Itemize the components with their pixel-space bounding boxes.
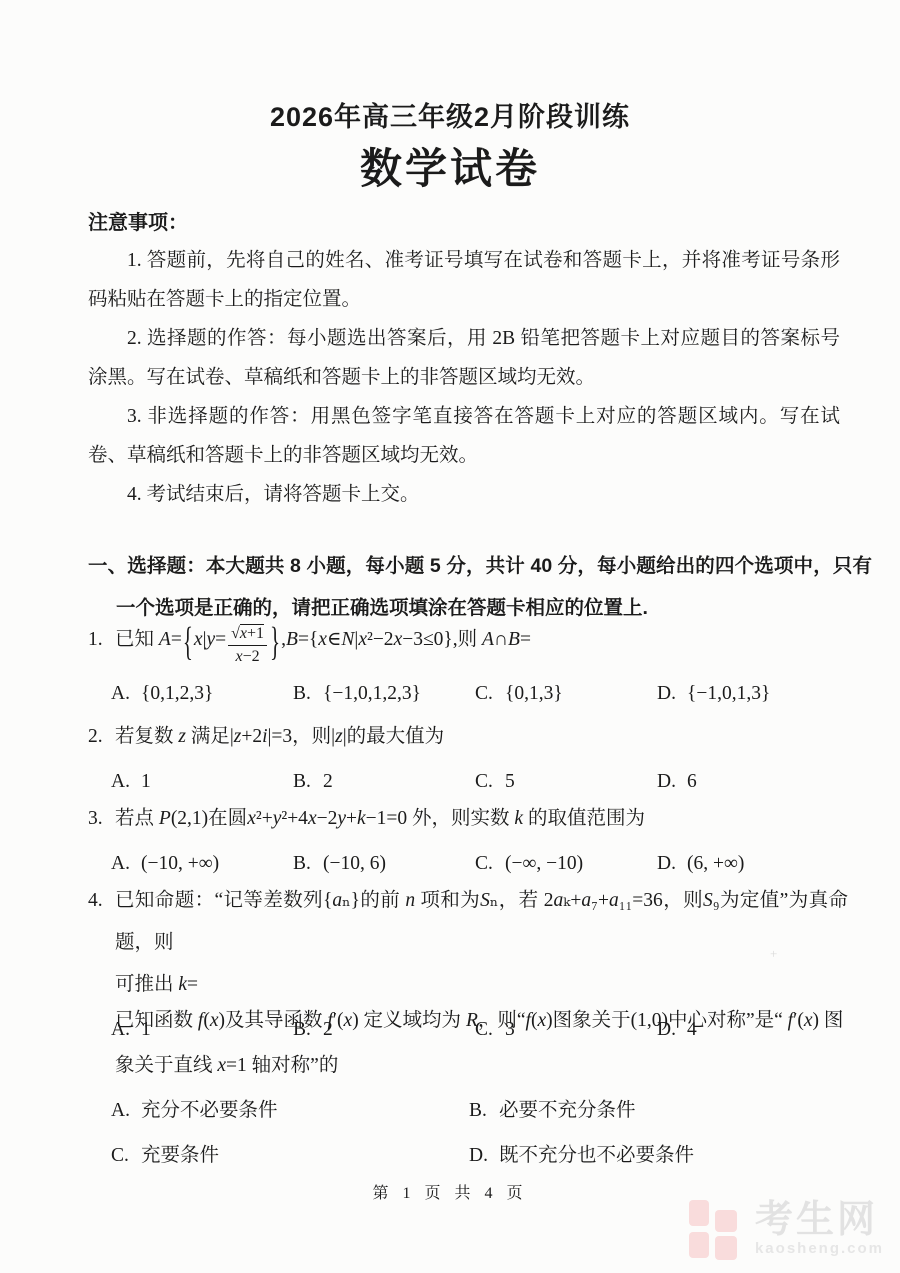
option-c: C.(−∞, −10) xyxy=(475,844,657,884)
option-d-text: 既不充分也不必要条件 xyxy=(499,1145,694,1166)
option-d: D.既不充分也不必要条件 xyxy=(469,1133,827,1178)
option-b-label: B. xyxy=(469,1088,499,1133)
question-1-stem: 1.已知 A={x|y=√x+1x−2},B={x∈N|x²−2x−3≤0},则… xyxy=(88,611,848,670)
question-2-number: 2. xyxy=(88,716,103,758)
question-5-stem: 已知函数 f(x)及其导函数 f′(x) 定义域均为 R，则“f(x)图象关于(… xyxy=(88,998,848,1088)
option-d-text: {−1,0,1,3} xyxy=(687,683,770,704)
option-a-text: 充分不必要条件 xyxy=(141,1100,278,1121)
question-1-pre: 已知 A= xyxy=(115,629,182,650)
option-c: C.5 xyxy=(475,762,657,802)
question-4-number: 4. xyxy=(88,880,103,922)
question-3-options: A.(−10, +∞) B.(−10, 6) C.(−∞, −10) D.(6,… xyxy=(88,844,848,884)
option-a-text: {0,1,2,3} xyxy=(141,683,213,704)
option-a-text: 1 xyxy=(141,771,151,792)
watermark-text: 考生网 kaosheng.com xyxy=(755,1200,884,1258)
question-5-options-row1: A.充分不必要条件 B.必要不充分条件 xyxy=(88,1088,848,1133)
site-watermark: 考生网 kaosheng.com xyxy=(689,1198,884,1260)
option-c-text: (−∞, −10) xyxy=(505,853,583,874)
option-c: C.{0,1,3} xyxy=(475,674,657,714)
option-a: A.充分不必要条件 xyxy=(111,1088,469,1133)
question-5-line2: 象关于直线 x=1 轴对称”的 xyxy=(115,1055,338,1076)
option-a: A.(−10, +∞) xyxy=(111,844,293,884)
scan-artifact: + xyxy=(770,946,777,962)
watermark-site-name: 考生网 xyxy=(755,1200,884,1240)
notice-item-1: 1. 答题前，先将自己的姓名、准考证号填写在试卷和答题卡上，并将准考证号条形码粘… xyxy=(88,241,840,319)
option-b-label: B. xyxy=(293,674,323,714)
question-4-line2: 可推出 k= xyxy=(115,974,198,995)
right-brace: } xyxy=(269,586,281,696)
question-1: 1.已知 A={x|y=√x+1x−2},B={x∈N|x²−2x−3≤0},则… xyxy=(88,611,848,714)
option-d-label: D. xyxy=(657,844,687,884)
question-3-text: 若点 P(2,1)在圆x²+y²+4x−2y+k−1=0 外，则实数 k 的取值… xyxy=(115,808,645,829)
option-b-text: 必要不充分条件 xyxy=(499,1100,636,1121)
exam-subject-title: 数学试卷 xyxy=(0,136,900,196)
option-d-label: D. xyxy=(657,762,687,802)
option-b-text: (−10, 6) xyxy=(323,853,386,874)
question-3-number: 3. xyxy=(88,798,103,840)
fraction-denominator: x−2 xyxy=(228,646,267,667)
option-c-label: C. xyxy=(111,1133,141,1178)
option-b: B.(−10, 6) xyxy=(293,844,475,884)
left-brace: { xyxy=(182,586,194,696)
question-2-text: 若复数 z 满足|z+2i|=3，则|z|的最大值为 xyxy=(115,726,444,747)
notice-heading: 注意事项： xyxy=(88,206,188,235)
option-c-text: 5 xyxy=(505,771,515,792)
question-4-line1: 已知命题：“记等差数列{aₙ}的前 n 项和为Sₙ，若 2aₖ+a₇+a₁₁=3… xyxy=(115,890,848,953)
sqrt-sign: √ xyxy=(231,625,240,642)
option-d-label: D. xyxy=(657,674,687,714)
option-d: D.{−1,0,1,3} xyxy=(657,674,839,714)
question-3-stem: 3.若点 P(2,1)在圆x²+y²+4x−2y+k−1=0 外，则实数 k 的… xyxy=(88,798,848,840)
exam-paper-page: 2026年高三年级2月阶段训练 数学试卷 注意事项： 1. 答题前，先将自己的姓… xyxy=(0,0,900,1273)
option-b: B.2 xyxy=(293,762,475,802)
kaosheng-logo-icon xyxy=(689,1198,743,1260)
fraction: √x+1x−2 xyxy=(228,624,267,667)
question-1-options: A.{0,1,2,3} B.{−1,0,1,2,3} C.{0,1,3} D.{… xyxy=(88,674,848,714)
option-c-label: C. xyxy=(475,674,505,714)
option-b-label: B. xyxy=(293,762,323,802)
notice-item-2: 2. 选择题的作答：每小题选出答案后，用 2B 铅笔把答题卡上对应题目的答案标号… xyxy=(88,319,840,397)
option-d-text: 6 xyxy=(687,771,697,792)
option-a-label: A. xyxy=(111,844,141,884)
option-d: D.(6, +∞) xyxy=(657,844,839,884)
question-2-options: A.1 B.2 C.5 D.6 xyxy=(88,762,848,802)
notice-item-4: 4. 考试结束后，请将答题卡上交。 xyxy=(88,475,840,514)
option-a-label: A. xyxy=(111,762,141,802)
question-5-options-row2: C.充要条件 D.既不充分也不必要条件 xyxy=(88,1133,848,1178)
option-b-label: B. xyxy=(293,844,323,884)
question-5-line1: 已知函数 f(x)及其导函数 f′(x) 定义域均为 R，则“f(x)图象关于(… xyxy=(115,1010,843,1031)
question-2: 2.若复数 z 满足|z+2i|=3，则|z|的最大值为 A.1 B.2 C.5… xyxy=(88,716,848,802)
watermark-site-url: kaosheng.com xyxy=(755,1240,884,1258)
option-b: B.{−1,0,1,2,3} xyxy=(293,674,475,714)
option-c: C.充要条件 xyxy=(111,1133,469,1178)
notice-item-3: 3. 非选择题的作答：用黑色签字笔直接答在答题卡上对应的答题区域内。写在试卷、草… xyxy=(88,397,840,475)
option-d-label: D. xyxy=(469,1133,499,1178)
exam-title: 2026年高三年级2月阶段训练 xyxy=(0,95,900,134)
option-d: D.6 xyxy=(657,762,839,802)
question-3: 3.若点 P(2,1)在圆x²+y²+4x−2y+k−1=0 外，则实数 k 的… xyxy=(88,798,848,884)
question-2-stem: 2.若复数 z 满足|z+2i|=3，则|z|的最大值为 xyxy=(88,716,848,758)
option-b-text: 2 xyxy=(323,771,333,792)
option-c-text: {0,1,3} xyxy=(505,683,563,704)
option-a: A.{0,1,2,3} xyxy=(111,674,293,714)
option-d-text: (6, +∞) xyxy=(687,853,744,874)
option-c-label: C. xyxy=(475,844,505,884)
option-c-label: C. xyxy=(475,762,505,802)
question-1-set-head: x|y= xyxy=(194,629,226,650)
fraction-numerator: √x+1 xyxy=(228,624,267,646)
sqrt-radicand: x+1 xyxy=(240,624,264,642)
option-c-text: 充要条件 xyxy=(141,1145,219,1166)
question-5: 已知函数 f(x)及其导函数 f′(x) 定义域均为 R，则“f(x)图象关于(… xyxy=(88,998,848,1178)
option-a: A.1 xyxy=(111,762,293,802)
question-1-number: 1. xyxy=(88,611,103,669)
option-a-label: A. xyxy=(111,674,141,714)
notice-section: 1. 答题前，先将自己的姓名、准考证号填写在试卷和答题卡上，并将准考证号条形码粘… xyxy=(88,241,840,514)
option-a-label: A. xyxy=(111,1088,141,1133)
question-1-post: ,B={x∈N|x²−2x−3≤0},则 A∩B= xyxy=(281,629,531,650)
option-a-text: (−10, +∞) xyxy=(141,853,219,874)
option-b-text: {−1,0,1,2,3} xyxy=(323,683,421,704)
option-b: B.必要不充分条件 xyxy=(469,1088,827,1133)
question-4-stem: 4.已知命题：“记等差数列{aₙ}的前 n 项和为Sₙ，若 2aₖ+a₇+a₁₁… xyxy=(88,880,848,1006)
